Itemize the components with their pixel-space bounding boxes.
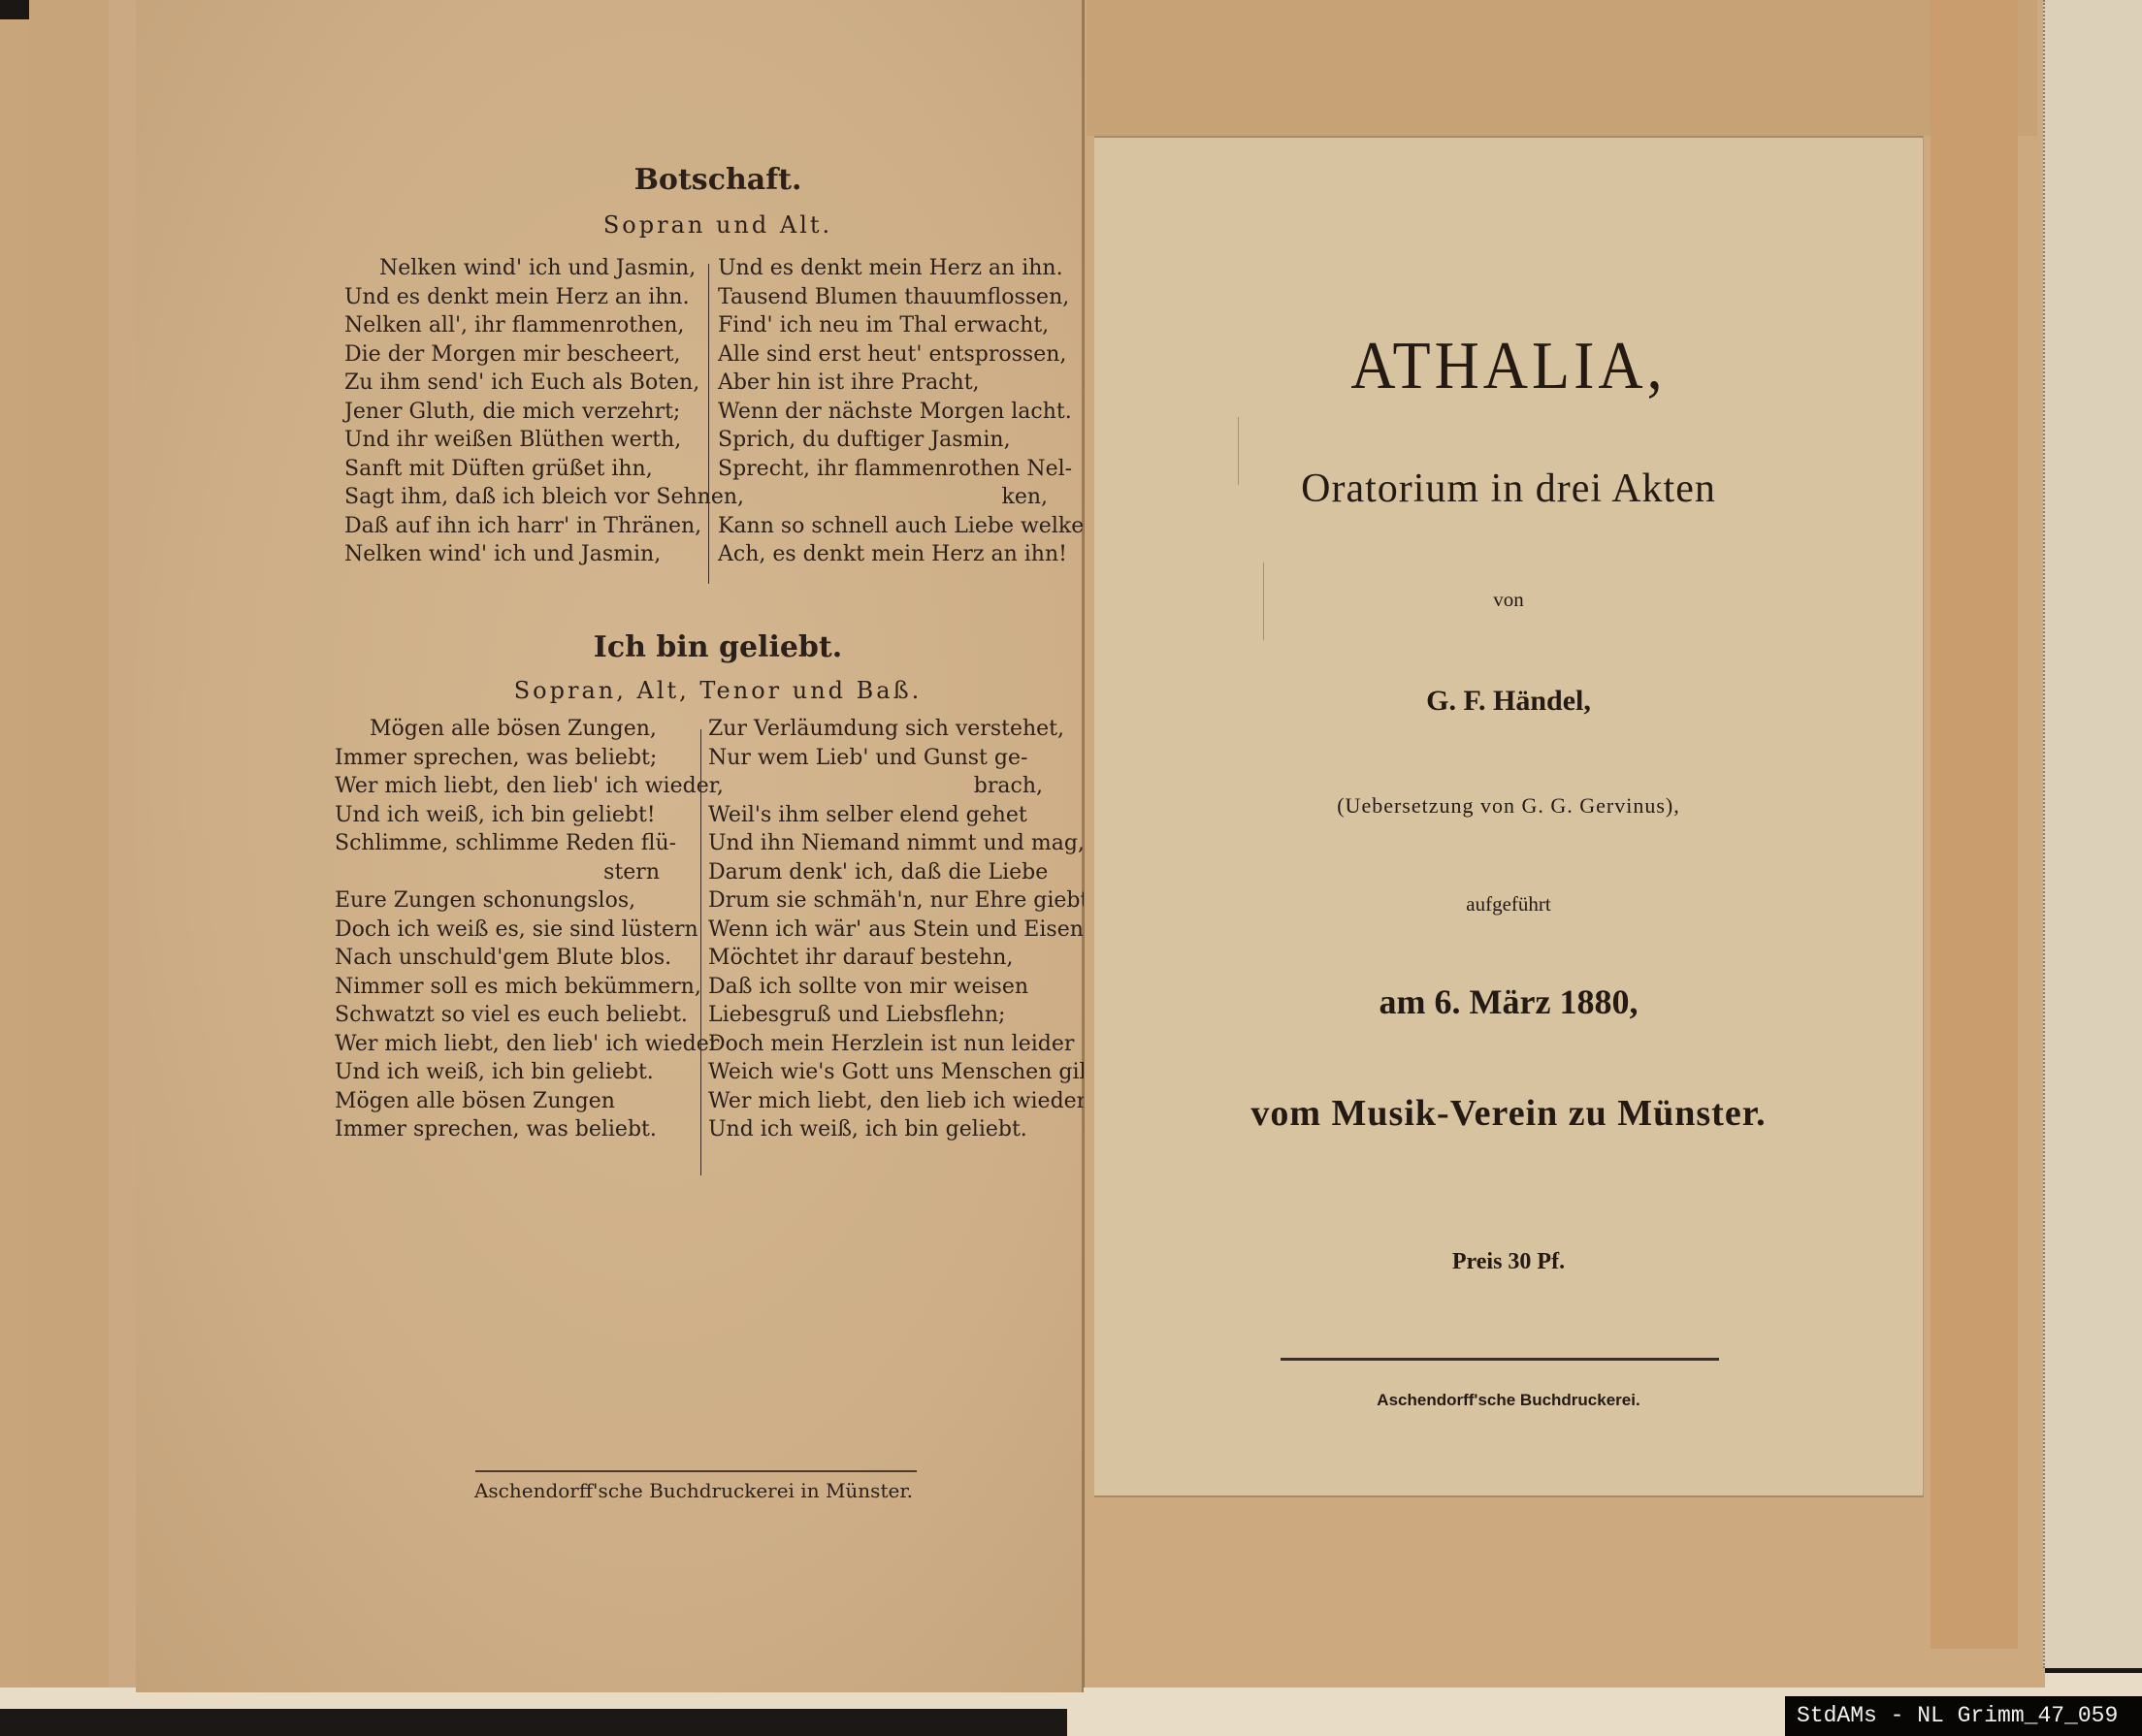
- performance-date: am 6. März 1880,: [1094, 981, 1923, 1022]
- scan-shadow-bottom: [0, 1709, 1067, 1736]
- verse-line: Und ich weiß, ich bin geliebt!: [335, 801, 698, 830]
- verse-line: Wenn ich wär' aus Stein und Eisen,: [708, 916, 1082, 945]
- archive-label: StdAMs - NL Grimm_47_059: [1785, 1696, 2142, 1736]
- title-page-printer: Aschendorff'sche Buchdruckerei.: [1094, 1391, 1923, 1410]
- column-divider: [700, 729, 701, 1175]
- verse-line: Schlimme, schlimme Reden flü-: [335, 829, 698, 858]
- verse-line: ken,: [718, 483, 1087, 512]
- verse-line: Nelken wind' ich und Jasmin,: [344, 540, 703, 569]
- verse-line: Und ihr weißen Blüthen werth,: [344, 426, 703, 455]
- poem-column-right: Zur Verläumdung sich verstehet, Nur wem …: [708, 715, 1082, 1144]
- verse-line: Und ich weiß, ich bin geliebt.: [335, 1058, 698, 1087]
- verse-line: Und es denkt mein Herz an ihn.: [718, 254, 1087, 283]
- verse-line: Wer mich liebt, den lieb' ich wieder: [335, 1030, 698, 1059]
- composer-name: G. F. Händel,: [1094, 685, 1923, 718]
- verse-line: Zur Verläumdung sich verstehet,: [708, 715, 1082, 744]
- verse-line: Die der Morgen mir bescheert,: [344, 340, 703, 370]
- verse-line: Schwatzt so viel es euch beliebt.: [335, 1001, 698, 1030]
- verse-line: Sagt ihm, daß ich bleich vor Sehnen,: [344, 483, 703, 512]
- section-title-botschaft: Botschaft.: [543, 163, 892, 197]
- verse-line: Nach unschuld'gem Blute blos.: [335, 944, 698, 973]
- verse-line: Ach, es denkt mein Herz an ihn!: [718, 540, 1087, 569]
- title-page-rule: [1281, 1358, 1719, 1361]
- verse-line: Daß ich sollte von mir weisen: [708, 973, 1082, 1002]
- verse-line: Und ich weiß, ich bin geliebt.: [708, 1115, 1082, 1144]
- verse-line: Aber hin ist ihre Pracht,: [718, 369, 1087, 398]
- printer-colophon: Aschendorff'sche Buchdruckerei in Münste…: [466, 1479, 922, 1502]
- work-title: ATHALIA,: [1094, 326, 1923, 404]
- verse-line: Sanft mit Düften grüßet ihn,: [344, 455, 703, 484]
- verse-line: Und es denkt mein Herz an ihn.: [344, 283, 703, 312]
- mount-board-band: [1087, 0, 2037, 136]
- verse-line: Eure Zungen schonungslos,: [335, 886, 698, 916]
- verse-line: Nelken wind' ich und Jasmin,: [344, 254, 703, 283]
- translation-credit: (Uebersetzung von G. G. Gervinus),: [1094, 793, 1923, 819]
- verse-line: Drum sie schmäh'n, nur Ehre giebt,: [708, 886, 1082, 916]
- verse-line: Darum denk' ich, daß die Liebe: [708, 858, 1082, 887]
- verse-line: Weil's ihm selber elend gehet: [708, 801, 1082, 830]
- verse-line: Nimmer soll es mich bekümmern,: [335, 973, 698, 1002]
- verse-line: Mögen alle bösen Zungen: [335, 1087, 698, 1116]
- page-edge-right: [2043, 0, 2142, 1668]
- verse-line: Kann so schnell auch Liebe welken?: [718, 512, 1087, 541]
- performed-label: aufgeführt: [1094, 892, 1923, 916]
- by-label: von: [1094, 588, 1923, 612]
- page-edge-strip: [109, 0, 139, 1688]
- verse-line: Zu ihm send' ich Euch als Boten,: [344, 369, 703, 398]
- mount-board-stripe: [1931, 0, 2018, 1649]
- verse-line: Und ihn Niemand nimmt und mag,: [708, 829, 1082, 858]
- section-voices-ich-bin-geliebt: Sopran, Alt, Tenor und Baß.: [417, 677, 1019, 704]
- poem-column-left: Mögen alle bösen Zungen, Immer sprechen,…: [335, 715, 698, 1144]
- verse-line: Nelken all', ihr flammenrothen,: [344, 311, 703, 340]
- verse-line: Wer mich liebt, den lieb' ich wieder,: [335, 772, 698, 801]
- verse-line: Mögen alle bösen Zungen,: [335, 715, 698, 744]
- verse-line: Nur wem Lieb' und Gunst ge-: [708, 744, 1082, 773]
- verse-line: Wenn der nächste Morgen lacht.: [718, 398, 1087, 427]
- verse-line: Weich wie's Gott uns Menschen gibt.: [708, 1058, 1082, 1087]
- verse-line: Alle sind erst heut' entsprossen,: [718, 340, 1087, 370]
- verse-line: Find' ich neu im Thal erwacht,: [718, 311, 1087, 340]
- verse-line: brach,: [708, 772, 1082, 801]
- colophon-rule: [475, 1470, 917, 1472]
- section-voices-botschaft: Sopran und Alt.: [495, 211, 941, 239]
- verse-line: Doch ich weiß es, sie sind lüstern: [335, 916, 698, 945]
- section-title-ich-bin-geliebt: Ich bin geliebt.: [524, 630, 912, 664]
- verse-line: Wer mich liebt, den lieb ich wieder: [708, 1087, 1082, 1116]
- verse-line: Sprecht, ihr flammenrothen Nel-: [718, 455, 1087, 484]
- verse-line: Möchtet ihr darauf bestehn,: [708, 944, 1082, 973]
- page-edge-strip: [29, 0, 113, 1688]
- verse-line: Daß auf ihn ich harr' in Thränen,: [344, 512, 703, 541]
- verse-line: Immer sprechen, was beliebt.: [335, 1115, 698, 1144]
- performer-name: vom Musik-Verein zu Münster.: [1094, 1092, 1923, 1135]
- poem-column-left: Nelken wind' ich und Jasmin, Und es denk…: [344, 254, 703, 569]
- verse-line: Tausend Blumen thauumflossen,: [718, 283, 1087, 312]
- work-subtitle: Oratorium in drei Akten: [1094, 466, 1923, 512]
- page-edge-strip: [0, 19, 31, 1688]
- column-divider: [708, 264, 709, 584]
- verse-line: Liebesgruß und Liebsflehn;: [708, 1001, 1082, 1030]
- verse-line: Sprich, du duftiger Jasmin,: [718, 426, 1087, 455]
- verse-line: Doch mein Herzlein ist nun leider: [708, 1030, 1082, 1059]
- poem-column-right: Und es denkt mein Herz an ihn. Tausend B…: [718, 254, 1087, 569]
- price: Preis 30 Pf.: [1094, 1249, 1923, 1275]
- verse-line: Immer sprechen, was beliebt;: [335, 744, 698, 773]
- verse-line: stern: [335, 858, 698, 887]
- verse-line: Jener Gluth, die mich verzehrt;: [344, 398, 703, 427]
